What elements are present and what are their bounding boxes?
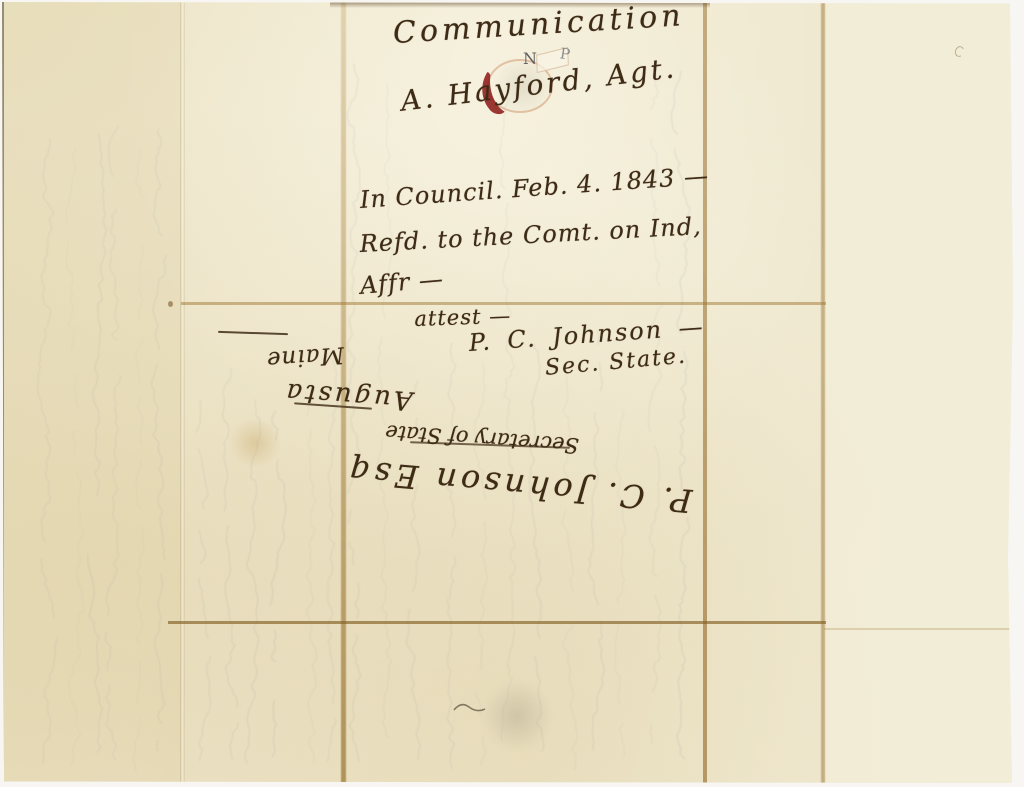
small-ink-mark [452, 698, 488, 716]
folded-letter-sheet: N P Communication A. Hayford, Agt. In Co… [2, 2, 1014, 783]
ink-speck [168, 301, 173, 307]
address-recipient-title: Secretary of State [384, 420, 579, 457]
paper-edge-shadow [2, 2, 4, 783]
address-recipient: P. C. Johnson Esq [344, 452, 693, 520]
paper-stain [227, 420, 283, 466]
scanned-letter: N P Communication A. Hayford, Agt. In Co… [0, 0, 1024, 787]
postmark-letter: N [523, 49, 537, 68]
docket-referral-line2: Affr — [359, 265, 445, 300]
left-fold-panel [2, 2, 181, 783]
right-fold-panel [825, 2, 1014, 783]
docket-council-line: In Council. Feb. 4. 1843 — [359, 162, 710, 214]
address-state: Maine [265, 341, 345, 372]
horizontal-fold-crease [168, 621, 826, 624]
address-city: Augusta [283, 377, 414, 416]
ink-smudge [480, 682, 554, 750]
ink-flourish-stroke [218, 331, 288, 335]
vertical-fold-crease [703, 2, 707, 783]
postmark-letter: P [559, 44, 572, 63]
docket-referral-line: Refd. to the Comt. on Ind, [359, 212, 702, 258]
